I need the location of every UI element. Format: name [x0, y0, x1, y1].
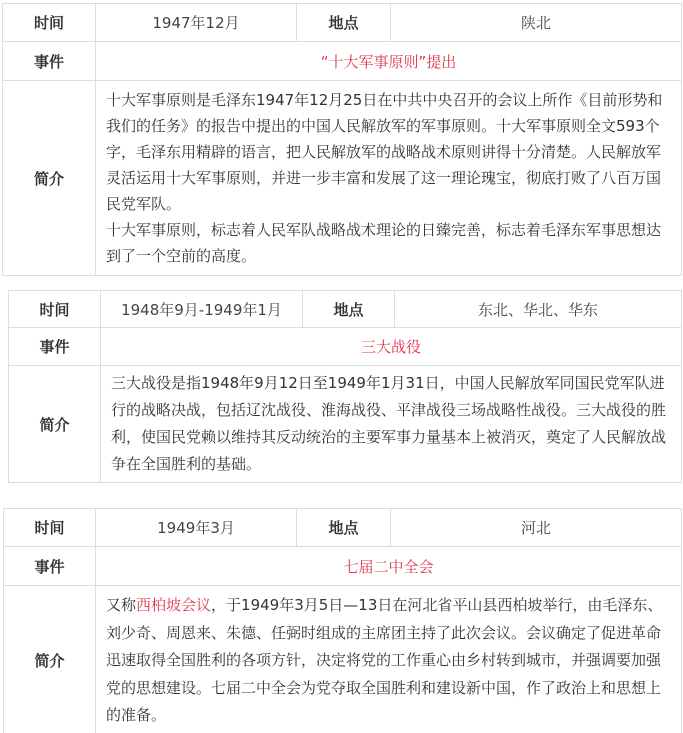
event-table-2: 时间 1948年9月-1949年1月 地点 东北、华北、华东 事件 三大战役 简…	[8, 290, 682, 483]
intro-paragraph: 十大军事原则是毛泽东1947年12月25日在中共中央召开的会议上所作《目前形势和…	[106, 87, 671, 217]
time-label: 时间	[4, 509, 96, 547]
event-title: 七届二中全会	[96, 547, 682, 586]
intro-label: 简介	[4, 586, 96, 733]
time-label: 时间	[9, 291, 101, 328]
intro-text: 十大军事原则是毛泽东1947年12月25日在中共中央召开的会议上所作《目前形势和…	[96, 81, 682, 276]
intro-label: 简介	[3, 81, 96, 276]
intro-label: 简介	[9, 366, 101, 483]
intro-text: 又称西柏坡会议，于1949年3月5日—13日在河北省平山县西柏坡举行，由毛泽东、…	[96, 586, 682, 733]
event-label: 事件	[3, 42, 96, 81]
event-table-1: 时间 1947年12月 地点 陕北 事件 “十大军事原则”提出 简介 十大军事原…	[2, 3, 682, 276]
event-label: 事件	[9, 328, 101, 366]
event-table-3: 时间 1949年3月 地点 河北 事件 七届二中全会 简介 又称西柏坡会议，于1…	[3, 508, 682, 733]
event-title: “十大军事原则”提出	[96, 42, 682, 81]
time-label: 时间	[3, 4, 96, 42]
event-label: 事件	[4, 547, 96, 586]
xibaipo-meeting-link[interactable]: 西柏坡会议	[136, 596, 211, 614]
intro-text: 三大战役是指1948年9月12日至1949年1月31日，中国人民解放军同国民党军…	[101, 366, 682, 483]
intro-paragraph: 十大军事原则，标志着人民军队战略战术理论的日臻完善，标志着毛泽东军事思想达到了一…	[106, 217, 671, 269]
place-value: 东北、华北、华东	[395, 291, 682, 328]
place-label: 地点	[297, 4, 391, 42]
intro-paragraph: 三大战役是指1948年9月12日至1949年1月31日，中国人民解放军同国民党军…	[111, 370, 671, 478]
intro-prefix: 又称	[106, 596, 136, 614]
intro-rest: ，于1949年3月5日—13日在河北省平山县西柏坡举行，由毛泽东、刘少奇、周恩来…	[106, 596, 662, 724]
place-value: 陕北	[391, 4, 682, 42]
place-value: 河北	[391, 509, 682, 547]
time-value: 1949年3月	[96, 509, 297, 547]
place-label: 地点	[303, 291, 395, 328]
time-value: 1948年9月-1949年1月	[101, 291, 303, 328]
event-title: 三大战役	[101, 328, 682, 366]
place-label: 地点	[297, 509, 391, 547]
time-value: 1947年12月	[96, 4, 297, 42]
